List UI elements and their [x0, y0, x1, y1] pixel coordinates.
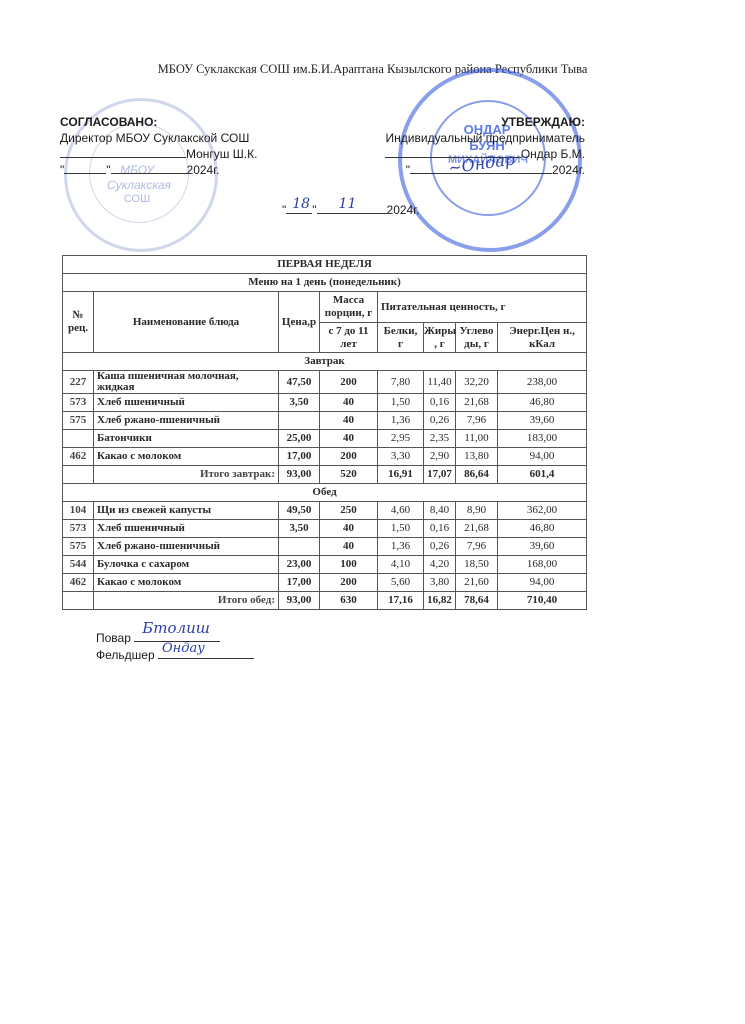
energy: 39,60 — [498, 412, 587, 430]
header-carbs: Углево ды, г — [456, 323, 498, 353]
table-row: 104Щи из свежей капусты49,502504,608,408… — [63, 502, 587, 520]
total-carbs: 78,64 — [456, 592, 498, 610]
table-row: 544Булочка с сахаром23,001004,104,2018,5… — [63, 556, 587, 574]
carbs: 32,20 — [456, 371, 498, 394]
approval-left-year: 2024г. — [187, 163, 220, 177]
dish-name: Батончики — [94, 430, 279, 448]
total-carbs: 86,64 — [456, 466, 498, 484]
recipe-no: 544 — [63, 556, 94, 574]
portion-mass: 100 — [320, 556, 378, 574]
table-row: 573Хлеб пшеничный3,50401,500,1621,6846,8… — [63, 520, 587, 538]
price: 3,50 — [279, 520, 320, 538]
fat: 4,20 — [424, 556, 456, 574]
total-protein: 17,16 — [378, 592, 424, 610]
recipe-no: 104 — [63, 502, 94, 520]
dish-name: Какао с молоком — [94, 574, 279, 592]
dish-name: Щи из свежей капусты — [94, 502, 279, 520]
energy: 94,00 — [498, 448, 587, 466]
table-row: 462Какао с молоком17,002005,603,8021,609… — [63, 574, 587, 592]
price — [279, 538, 320, 556]
medic-signature: Ондау — [162, 641, 205, 657]
recipe-no: 573 — [63, 520, 94, 538]
dish-name: Хлеб пшеничный — [94, 520, 279, 538]
portion-mass: 40 — [320, 394, 378, 412]
total-mass: 630 — [320, 592, 378, 610]
fat: 11,40 — [424, 371, 456, 394]
protein: 1,50 — [378, 520, 424, 538]
fat: 0,26 — [424, 538, 456, 556]
approval-left-name: Монгуш Ш.К. — [186, 147, 257, 161]
carbs: 21,68 — [456, 394, 498, 412]
fat: 2,35 — [424, 430, 456, 448]
approval-left: СОГЛАСОВАНО: Директор МБОУ Суклакской СО… — [60, 114, 360, 178]
energy: 39,60 — [498, 538, 587, 556]
portion-mass: 40 — [320, 520, 378, 538]
recipe-no: 575 — [63, 538, 94, 556]
carbs: 8,90 — [456, 502, 498, 520]
table-row: 227Каша пшеничная молочная, жидкая47,502… — [63, 371, 587, 394]
protein: 7,80 — [378, 371, 424, 394]
protein: 5,60 — [378, 574, 424, 592]
dish-name: Булочка с сахаром — [94, 556, 279, 574]
date-day: 18 — [292, 196, 310, 212]
carbs: 21,60 — [456, 574, 498, 592]
table-row: 462Какао с молоком17,002003,302,9013,809… — [63, 448, 587, 466]
fat: 3,80 — [424, 574, 456, 592]
dish-name: Хлеб ржано-пшеничный — [94, 538, 279, 556]
header-nutrition: Питательная ценность, г — [378, 292, 587, 323]
table-row: 575Хлеб ржано-пшеничный401,360,267,9639,… — [63, 412, 587, 430]
portion-mass: 200 — [320, 448, 378, 466]
dish-name: Каша пшеничная молочная, жидкая — [94, 371, 279, 394]
approval-right-year: 2024г. — [552, 163, 585, 177]
dish-name: Хлеб пшеничный — [94, 394, 279, 412]
approval-right-position: Индивидуальный предприниматель — [380, 130, 585, 146]
energy: 183,00 — [498, 430, 587, 448]
carbs: 21,68 — [456, 520, 498, 538]
portion-mass: 250 — [320, 502, 378, 520]
total-fat: 17,07 — [424, 466, 456, 484]
carbs: 13,80 — [456, 448, 498, 466]
dish-name: Хлеб ржано-пшеничный — [94, 412, 279, 430]
carbs: 11,00 — [456, 430, 498, 448]
price: 47,50 — [279, 371, 320, 394]
approval-right-heading: УТВЕРЖДАЮ: — [380, 114, 585, 130]
portion-mass: 40 — [320, 412, 378, 430]
menu-table: ПЕРВАЯ НЕДЕЛЯ Меню на 1 день (понедельни… — [62, 255, 587, 610]
header-energy: Энерг.Цен н., кКал — [498, 323, 587, 353]
date-line: "18"112024г. — [282, 202, 419, 218]
protein: 4,60 — [378, 502, 424, 520]
recipe-no: 573 — [63, 394, 94, 412]
approval-left-position: Директор МБОУ Суклакской СОШ — [60, 130, 360, 146]
total-protein: 16,91 — [378, 466, 424, 484]
carbs: 18,50 — [456, 556, 498, 574]
price — [279, 412, 320, 430]
price: 23,00 — [279, 556, 320, 574]
organization-title: МБОУ Суклакская СОШ им.Б.И.Араптана Кызы… — [0, 62, 745, 77]
carbs: 7,96 — [456, 412, 498, 430]
fat: 0,26 — [424, 412, 456, 430]
date-month: 11 — [339, 196, 357, 212]
total-price: 93,00 — [279, 466, 320, 484]
portion-mass: 200 — [320, 371, 378, 394]
dish-name: Какао с молоком — [94, 448, 279, 466]
header-age-group: с 7 до 11 лет — [320, 323, 378, 353]
header-dish-name: Наименование блюда — [94, 292, 279, 353]
energy: 46,80 — [498, 520, 587, 538]
total-energy: 710,40 — [498, 592, 587, 610]
total-energy: 601,4 — [498, 466, 587, 484]
total-row: Итого завтрак:93,0052016,9117,0786,64601… — [63, 466, 587, 484]
approval-right-name: Ондар Б.М. — [521, 147, 585, 161]
total-row: Итого обед:93,0063017,1616,8278,64710,40 — [63, 592, 587, 610]
portion-mass: 40 — [320, 430, 378, 448]
price: 25,00 — [279, 430, 320, 448]
fat: 0,16 — [424, 520, 456, 538]
total-fat: 16,82 — [424, 592, 456, 610]
section-title: Обед — [63, 484, 587, 502]
protein: 3,30 — [378, 448, 424, 466]
table-row: 573Хлеб пшеничный3,50401,500,1621,6846,8… — [63, 394, 587, 412]
section-title: Завтрак — [63, 353, 587, 371]
price: 49,50 — [279, 502, 320, 520]
protein: 1,50 — [378, 394, 424, 412]
energy: 168,00 — [498, 556, 587, 574]
protein: 2,95 — [378, 430, 424, 448]
cook-signature: Бтолиш — [142, 620, 210, 636]
energy: 238,00 — [498, 371, 587, 394]
recipe-no: 462 — [63, 448, 94, 466]
total-label: Итого обед: — [94, 592, 279, 610]
protein: 1,36 — [378, 412, 424, 430]
portion-mass: 200 — [320, 574, 378, 592]
medic-label: Фельдшер — [96, 648, 155, 662]
protein: 4,10 — [378, 556, 424, 574]
energy: 94,00 — [498, 574, 587, 592]
portion-mass: 40 — [320, 538, 378, 556]
approval-left-heading: СОГЛАСОВАНО: — [60, 114, 360, 130]
energy: 362,00 — [498, 502, 587, 520]
fat: 0,16 — [424, 394, 456, 412]
total-price: 93,00 — [279, 592, 320, 610]
day-title: Меню на 1 день (понедельник) — [63, 274, 587, 292]
medic-signature-line: Фельдшер Ондау — [96, 647, 254, 663]
total-label: Итого завтрак: — [94, 466, 279, 484]
protein: 1,36 — [378, 538, 424, 556]
table-row: Батончики25,00402,952,3511,00183,00 — [63, 430, 587, 448]
recipe-no: 227 — [63, 371, 94, 394]
cook-label: Повар — [96, 631, 131, 645]
energy: 46,80 — [498, 394, 587, 412]
header-recipe-no: № рец. — [63, 292, 94, 353]
header-price: Цена,р — [279, 292, 320, 353]
fat: 2,90 — [424, 448, 456, 466]
price: 3,50 — [279, 394, 320, 412]
header-fat: Жиры , г — [424, 323, 456, 353]
carbs: 7,96 — [456, 538, 498, 556]
price: 17,00 — [279, 574, 320, 592]
header-protein: Белки, г — [378, 323, 424, 353]
fat: 8,40 — [424, 502, 456, 520]
recipe-no: 575 — [63, 412, 94, 430]
total-mass: 520 — [320, 466, 378, 484]
recipe-no: 462 — [63, 574, 94, 592]
table-row: 575Хлеб ржано-пшеничный401,360,267,9639,… — [63, 538, 587, 556]
date-year: 2024г. — [387, 203, 420, 217]
price: 17,00 — [279, 448, 320, 466]
week-title: ПЕРВАЯ НЕДЕЛЯ — [63, 256, 587, 274]
recipe-no — [63, 430, 94, 448]
header-portion-mass: Масса порции, г — [320, 292, 378, 323]
